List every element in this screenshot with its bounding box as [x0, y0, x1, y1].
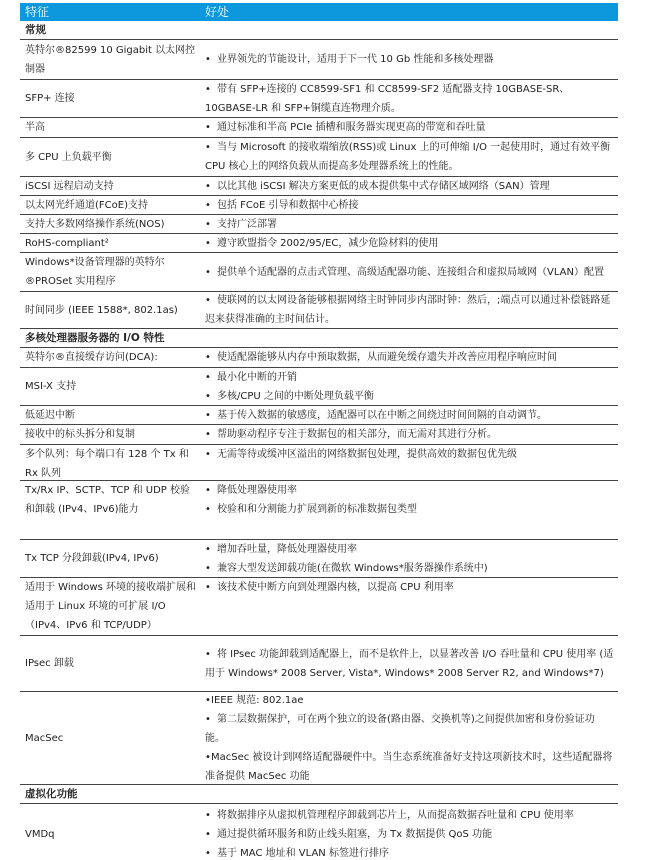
- benefit-cell: •使联网的以太网设备能够根据网络主时钟同步内部时钟：然后，;端点可以通过补偿链路…: [205, 292, 618, 328]
- table-row: 英特尔®直接缓存访问(DCA): •使适配器能够从内存中预取数据，从而避免缓存遗…: [20, 348, 618, 368]
- bullet-icon: •: [205, 80, 217, 99]
- bullet-icon: •: [205, 425, 217, 444]
- feature-cell: Tx/Rx IP、SCTP、TCP 和 UDP 校验和卸载 (IPv4、IPv6…: [20, 481, 205, 539]
- feature-text: 英特尔®82599 10 Gigabit 以太网控制器: [25, 41, 199, 79]
- table-row: Tx/Rx IP、SCTP、TCP 和 UDP 校验和卸载 (IPv4、IPv6…: [20, 481, 618, 540]
- bullet-icon: •: [205, 559, 217, 578]
- benefit-text: 包括 FCoE 引导和数据中心桥接: [217, 200, 359, 211]
- feature-text: MacSec: [25, 729, 63, 748]
- feature-cell: Windows*设备管理器的英特尔®PROSet 实用程序: [20, 253, 205, 291]
- bullet-icon: •: [205, 348, 217, 367]
- feature-cell: 英特尔®82599 10 Gigabit 以太网控制器: [20, 40, 205, 79]
- feature-cell: SFP+ 连接: [20, 80, 205, 117]
- bullet-icon: •: [205, 540, 217, 559]
- benefit-text: 通过标准和半高 PCIe 插槽和服务器实现更高的带宽和吞吐量: [217, 122, 485, 133]
- feature-text: 英特尔®直接缓存访问(DCA):: [25, 348, 158, 367]
- feature-cell: 低延迟中断: [20, 406, 205, 424]
- feature-text: Tx/Rx IP、SCTP、TCP 和 UDP 校验和卸载 (IPv4、IPv6…: [25, 481, 199, 519]
- bullet-icon: •: [205, 710, 217, 729]
- table-row: 多 CPU 上负载平衡 •当与 Microsoft 的接收端缩放(RSS)或 L…: [20, 138, 618, 177]
- feature-text: IPsec 卸载: [25, 654, 74, 673]
- section-title: 多核处理器服务器的 I/O 特性: [20, 329, 618, 348]
- feature-text: 接收中的标头拆分和复制: [25, 425, 135, 444]
- benefit-item: •包括 FCoE 引导和数据中心桥接: [205, 196, 614, 215]
- benefit-item: •支持广泛部署: [205, 215, 614, 234]
- table-header: 特征 好处: [20, 3, 618, 21]
- feature-cell: 以太网光纤通道(FCoE)支持: [20, 196, 205, 214]
- feature-cell: MacSec: [20, 692, 205, 784]
- benefit-item: •通过提供循环服务和防止线头阻塞，为 Tx 数据提供 QoS 功能: [205, 825, 614, 844]
- table-row: Windows*设备管理器的英特尔®PROSet 实用程序 •提供单个适配器的点…: [20, 253, 618, 292]
- benefit-text: MacSec 被设计到网络适配器硬件中。当生态系统准备好支持这项新技术时，这些适…: [205, 752, 612, 782]
- benefit-text: 带有 SFP+连接的 CC8599-SF1 和 CC8599-SF2 适配器支持…: [205, 84, 569, 114]
- bullet-icon: •: [205, 387, 217, 406]
- benefit-cell: •将数据排序从虚拟机管理程序卸载到芯片上，从而提高数据吞吐量和 CPU 使用率 …: [205, 804, 618, 860]
- benefit-text: 业界领先的节能设计，适用于下一代 10 Gb 性能和多核处理器: [217, 54, 493, 65]
- benefit-cell: •带有 SFP+连接的 CC8599-SF1 和 CC8599-SF2 适配器支…: [205, 80, 618, 117]
- benefit-item: •该技术使中断方向到处理器内核，以提高 CPU 利用率: [205, 578, 614, 597]
- feature-text: 半高: [25, 118, 45, 137]
- section-title: 常规: [20, 21, 618, 40]
- bullet-icon: •: [205, 368, 217, 387]
- benefit-text: 帮助驱动程序专注于数据包的相关部分，而无需对其进行分析。: [217, 429, 497, 440]
- bullet-icon: •: [205, 825, 217, 844]
- feature-text: 低延迟中断: [25, 406, 75, 425]
- bullet-icon: •: [205, 445, 217, 464]
- benefit-text: 无需等待或缓冲区溢出的网络数据包处理，提供高效的数据包优先级: [217, 449, 517, 460]
- benefit-text: 通过提供循环服务和防止线头阻塞，为 Tx 数据提供 QoS 功能: [217, 829, 492, 840]
- bullet-icon: •: [205, 196, 217, 215]
- benefit-item: •遵守欧盟指令 2002/95/EC，减少危险材料的使用: [205, 234, 614, 253]
- benefit-text: 以比其他 iSCSI 解决方案更低的成本提供集中式存储区域网络（SAN）管理: [217, 181, 550, 192]
- benefit-item: •兼容大型发送卸载功能(在微软 Windows*服务器操作系统中): [205, 559, 614, 578]
- benefit-item: •带有 SFP+连接的 CC8599-SF1 和 CC8599-SF2 适配器支…: [205, 80, 614, 118]
- benefit-text: IEEE 规范: 802.1ae: [211, 695, 304, 706]
- bullet-icon: •: [205, 500, 217, 519]
- feature-cell: MSI-X 支持: [20, 368, 205, 405]
- benefit-cell: •无需等待或缓冲区溢出的网络数据包处理，提供高效的数据包优先级: [205, 445, 618, 480]
- feature-cell: 支持大多数网络操作系统(NOS): [20, 215, 205, 233]
- benefit-text: 最小化中断的开销: [217, 372, 297, 383]
- benefit-item: •第二层数据保护，可在两个独立的设备(路由器、交换机等)之间提供加密和身份验证功…: [205, 710, 614, 748]
- benefit-text: 兼容大型发送卸载功能(在微软 Windows*服务器操作系统中): [217, 563, 488, 574]
- feature-cell: RoHS-compliant²: [20, 234, 205, 252]
- bullet-icon: •: [205, 50, 217, 69]
- benefit-cell: •增加吞吐量，降低处理器使用率 •兼容大型发送卸载功能(在微软 Windows*…: [205, 540, 618, 577]
- bullet-icon: •: [205, 118, 217, 137]
- table-row: 接收中的标头拆分和复制 •帮助驱动程序专注于数据包的相关部分，而无需对其进行分析…: [20, 425, 618, 445]
- bullet-icon: •: [205, 263, 217, 282]
- benefit-item: •业界领先的节能设计，适用于下一代 10 Gb 性能和多核处理器: [205, 50, 614, 69]
- benefit-text: 支持广泛部署: [217, 219, 277, 230]
- feature-text: VMDq: [25, 825, 55, 844]
- benefit-text: 基于传入数据的敏感度，适配器可以在中断之间绕过时间间隔的自动调节。: [217, 410, 547, 421]
- benefit-item: •以比其他 iSCSI 解决方案更低的成本提供集中式存储区域网络（SAN）管理: [205, 177, 614, 196]
- table-row: 时间同步 (IEEE 1588*, 802.1as) •使联网的以太网设备能够根…: [20, 292, 618, 329]
- benefit-item: •使适配器能够从内存中预取数据，从而避免缓存遗失并改善应用程序响应时间: [205, 348, 614, 367]
- feature-cell: 适用于 Windows 环境的接收端扩展和适用于 Linux 环境的可扩展 I/…: [20, 578, 205, 635]
- feature-cell: 多 CPU 上负载平衡: [20, 138, 205, 176]
- benefit-cell: •基于传入数据的敏感度，适配器可以在中断之间绕过时间间隔的自动调节。: [205, 406, 618, 424]
- benefit-cell: •当与 Microsoft 的接收端缩放(RSS)或 Linux 上的可伸缩 I…: [205, 138, 618, 176]
- feature-benefit-table: 特征 好处 常规 英特尔®82599 10 Gigabit 以太网控制器 •业界…: [20, 3, 618, 860]
- feature-text: 多个队列：每个端口有 128 个 Tx 和 Rx 队列: [25, 445, 199, 483]
- table-row: 支持大多数网络操作系统(NOS) •支持广泛部署: [20, 215, 618, 234]
- feature-text: MSI-X 支持: [25, 377, 76, 396]
- feature-text: 支持大多数网络操作系统(NOS): [25, 215, 165, 234]
- table-row: RoHS-compliant² •遵守欧盟指令 2002/95/EC，减少危险材…: [20, 234, 618, 253]
- benefit-item: •将 IPsec 功能卸载到适配器上，而不是软件上，以显著改善 I/O 吞吐量和…: [205, 645, 614, 683]
- feature-text: 多 CPU 上负载平衡: [25, 148, 112, 167]
- table-row: 多个队列：每个端口有 128 个 Tx 和 Rx 队列 •无需等待或缓冲区溢出的…: [20, 445, 618, 481]
- benefit-text: 基于 MAC 地址和 VLAN 标签进行排序: [217, 848, 389, 859]
- feature-cell: 英特尔®直接缓存访问(DCA):: [20, 348, 205, 367]
- benefit-text: 将数据排序从虚拟机管理程序卸载到芯片上，从而提高数据吞吐量和 CPU 使用率: [217, 810, 574, 821]
- benefit-cell: •业界领先的节能设计，适用于下一代 10 Gb 性能和多核处理器: [205, 40, 618, 79]
- bullet-icon: •: [205, 481, 217, 500]
- benefit-cell: •支持广泛部署: [205, 215, 618, 233]
- benefit-cell: •遵守欧盟指令 2002/95/EC，减少危险材料的使用: [205, 234, 618, 252]
- benefit-cell: •以比其他 iSCSI 解决方案更低的成本提供集中式存储区域网络（SAN）管理: [205, 177, 618, 195]
- benefit-text: 该技术使中断方向到处理器内核，以提高 CPU 利用率: [217, 582, 454, 593]
- feature-text: Tx TCP 分段卸载(IPv4, IPv6): [25, 549, 159, 568]
- feature-text: 时间同步 (IEEE 1588*, 802.1as): [25, 301, 178, 320]
- benefit-item: •基于 MAC 地址和 VLAN 标签进行排序: [205, 844, 614, 860]
- benefit-cell: •最小化中断的开销 •多核/CPU 之间的中断处理负载平衡: [205, 368, 618, 405]
- feature-text: 以太网光纤通道(FCoE)支持: [25, 196, 148, 215]
- benefit-text: 增加吞吐量，降低处理器使用率: [217, 544, 357, 555]
- benefit-item: •多核/CPU 之间的中断处理负载平衡: [205, 387, 614, 406]
- bullet-icon: •: [205, 291, 217, 310]
- bullet-icon: •: [205, 806, 217, 825]
- benefit-cell: •将 IPsec 功能卸载到适配器上，而不是软件上，以显著改善 I/O 吞吐量和…: [205, 636, 618, 691]
- bullet-icon: •: [205, 138, 217, 157]
- bullet-icon: •: [205, 645, 217, 664]
- benefit-item: •校验和和分割能力扩展到新的标准数据包类型: [205, 500, 614, 519]
- benefit-item: •将数据排序从虚拟机管理程序卸载到芯片上，从而提高数据吞吐量和 CPU 使用率: [205, 806, 614, 825]
- feature-cell: 接收中的标头拆分和复制: [20, 425, 205, 444]
- benefit-text: 多核/CPU 之间的中断处理负载平衡: [217, 391, 374, 402]
- feature-text: Windows*设备管理器的英特尔®PROSet 实用程序: [25, 253, 199, 291]
- benefit-text: 提供单个适配器的点击式管理、高级适配器功能、连接组合和虚拟局域网（VLAN）配置: [217, 267, 604, 278]
- benefit-cell: •IEEE 规范: 802.1ae •第二层数据保护，可在两个独立的设备(路由器…: [205, 692, 618, 784]
- table-row: 半高 •通过标准和半高 PCIe 插槽和服务器实现更高的带宽和吞吐量: [20, 118, 618, 138]
- benefit-text: 当与 Microsoft 的接收端缩放(RSS)或 Linux 上的可伸缩 I/…: [205, 142, 610, 172]
- table-row: iSCSI 远程启动支持 •以比其他 iSCSI 解决方案更低的成本提供集中式存…: [20, 177, 618, 196]
- benefit-text: 使联网的以太网设备能够根据网络主时钟同步内部时钟：然后，;端点可以通过补偿链路延…: [205, 295, 610, 325]
- benefit-item: •通过标准和半高 PCIe 插槽和服务器实现更高的带宽和吞吐量: [205, 118, 614, 137]
- table-row: IPsec 卸载 •将 IPsec 功能卸载到适配器上，而不是软件上，以显著改善…: [20, 636, 618, 692]
- header-benefit: 好处: [205, 3, 618, 21]
- benefit-text: 遵守欧盟指令 2002/95/EC，减少危险材料的使用: [217, 238, 438, 249]
- benefit-cell: •降低处理器使用率 •校验和和分割能力扩展到新的标准数据包类型: [205, 481, 618, 539]
- benefit-cell: •该技术使中断方向到处理器内核，以提高 CPU 利用率: [205, 578, 618, 635]
- feature-text: RoHS-compliant²: [25, 234, 109, 253]
- table-row: 低延迟中断 •基于传入数据的敏感度，适配器可以在中断之间绕过时间间隔的自动调节。: [20, 406, 618, 425]
- table-row: SFP+ 连接 •带有 SFP+连接的 CC8599-SF1 和 CC8599-…: [20, 80, 618, 118]
- benefit-cell: •使适配器能够从内存中预取数据，从而避免缓存遗失并改善应用程序响应时间: [205, 348, 618, 367]
- table-row: VMDq •将数据排序从虚拟机管理程序卸载到芯片上，从而提高数据吞吐量和 CPU…: [20, 804, 618, 860]
- table-row: Tx TCP 分段卸载(IPv4, IPv6) •增加吞吐量，降低处理器使用率 …: [20, 540, 618, 578]
- benefit-cell: •帮助驱动程序专注于数据包的相关部分，而无需对其进行分析。: [205, 425, 618, 444]
- bullet-icon: •: [205, 234, 217, 253]
- benefit-item: •IEEE 规范: 802.1ae: [205, 691, 614, 710]
- benefit-item: •增加吞吐量，降低处理器使用率: [205, 540, 614, 559]
- benefit-cell: •通过标准和半高 PCIe 插槽和服务器实现更高的带宽和吞吐量: [205, 118, 618, 137]
- bullet-icon: •: [205, 406, 217, 425]
- benefit-item: •基于传入数据的敏感度，适配器可以在中断之间绕过时间间隔的自动调节。: [205, 406, 614, 425]
- benefit-item: •最小化中断的开销: [205, 368, 614, 387]
- feature-cell: Tx TCP 分段卸载(IPv4, IPv6): [20, 540, 205, 577]
- benefit-text: 校验和和分割能力扩展到新的标准数据包类型: [217, 504, 417, 515]
- benefit-item: •MacSec 被设计到网络适配器硬件中。当生态系统准备好支持这项新技术时，这些…: [205, 748, 614, 786]
- benefit-text: 使适配器能够从内存中预取数据，从而避免缓存遗失并改善应用程序响应时间: [217, 352, 557, 363]
- feature-cell: 时间同步 (IEEE 1588*, 802.1as): [20, 292, 205, 328]
- feature-text: iSCSI 远程启动支持: [25, 177, 114, 196]
- benefit-item: •提供单个适配器的点击式管理、高级适配器功能、连接组合和虚拟局域网（VLAN）配…: [205, 263, 614, 282]
- feature-cell: IPsec 卸载: [20, 636, 205, 691]
- benefit-cell: •提供单个适配器的点击式管理、高级适配器功能、连接组合和虚拟局域网（VLAN）配…: [205, 253, 618, 291]
- benefit-text: 将 IPsec 功能卸载到适配器上，而不是软件上，以显著改善 I/O 吞吐量和 …: [205, 649, 613, 679]
- benefit-item: •降低处理器使用率: [205, 481, 614, 500]
- table-row: 英特尔®82599 10 Gigabit 以太网控制器 •业界领先的节能设计，适…: [20, 40, 618, 80]
- section-title: 虚拟化功能: [20, 785, 618, 804]
- bullet-icon: •: [205, 578, 217, 597]
- feature-cell: VMDq: [20, 804, 205, 860]
- header-feature: 特征: [20, 3, 205, 21]
- feature-text: 适用于 Windows 环境的接收端扩展和适用于 Linux 环境的可扩展 I/…: [25, 578, 199, 635]
- feature-text: SFP+ 连接: [25, 89, 75, 108]
- feature-cell: 半高: [20, 118, 205, 137]
- benefit-text: 第二层数据保护，可在两个独立的设备(路由器、交换机等)之间提供加密和身份验证功能…: [205, 714, 595, 744]
- table-row: MacSec •IEEE 规范: 802.1ae •第二层数据保护，可在两个独立…: [20, 692, 618, 785]
- benefit-item: •当与 Microsoft 的接收端缩放(RSS)或 Linux 上的可伸缩 I…: [205, 138, 614, 176]
- table-row: 适用于 Windows 环境的接收端扩展和适用于 Linux 环境的可扩展 I/…: [20, 578, 618, 636]
- table-row: 以太网光纤通道(FCoE)支持 •包括 FCoE 引导和数据中心桥接: [20, 196, 618, 215]
- benefit-item: •帮助驱动程序专注于数据包的相关部分，而无需对其进行分析。: [205, 425, 614, 444]
- benefit-text: 降低处理器使用率: [217, 485, 297, 496]
- feature-cell: 多个队列：每个端口有 128 个 Tx 和 Rx 队列: [20, 445, 205, 480]
- feature-cell: iSCSI 远程启动支持: [20, 177, 205, 195]
- benefit-item: •无需等待或缓冲区溢出的网络数据包处理，提供高效的数据包优先级: [205, 445, 614, 464]
- bullet-icon: •: [205, 177, 217, 196]
- table-row: MSI-X 支持 •最小化中断的开销 •多核/CPU 之间的中断处理负载平衡: [20, 368, 618, 406]
- bullet-icon: •: [205, 215, 217, 234]
- benefit-item: •使联网的以太网设备能够根据网络主时钟同步内部时钟：然后，;端点可以通过补偿链路…: [205, 291, 614, 329]
- bullet-icon: •: [205, 844, 217, 860]
- benefit-cell: •包括 FCoE 引导和数据中心桥接: [205, 196, 618, 214]
